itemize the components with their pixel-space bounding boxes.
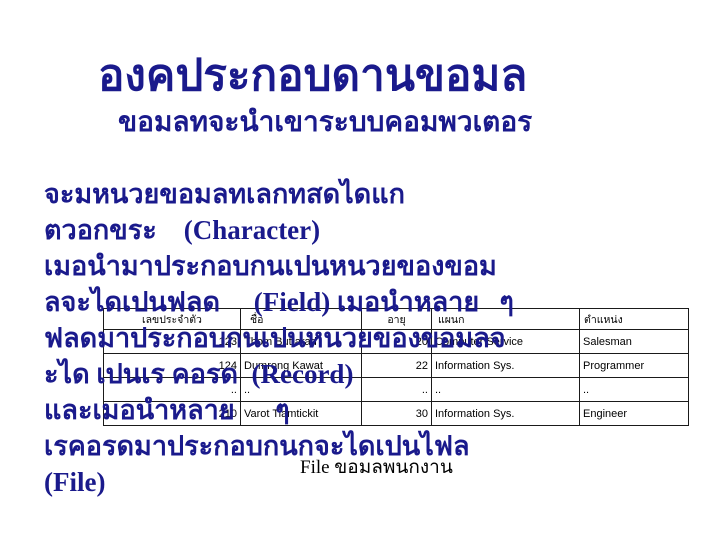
body-text-block: จะมหนวยขอมลทเลกทสดไดแก ตวอกขระ (Characte… xyxy=(44,176,704,500)
body-line: เรคอรดมาประกอบกนกจะไดเปนไฟล xyxy=(44,428,704,464)
slide-subtitle: ขอมลทจะนำเขาระบบคอมพวเตอร xyxy=(118,100,532,144)
body-line: ะได เปนเร คอรด (Record) xyxy=(44,356,704,392)
body-line: ตวอกขระ (Character) xyxy=(44,212,704,248)
body-line: และเมอนำหลาย ๆ xyxy=(44,392,704,428)
body-line: เมอนำมาประกอบกนเปนหนวยของขอม xyxy=(44,248,704,284)
body-line: ลจะไดเปนฟลด (Field) เมอนำหลาย ๆ xyxy=(44,284,704,320)
body-line: (File) xyxy=(44,464,704,500)
body-line: จะมหนวยขอมลทเลกทสดไดแก xyxy=(44,176,704,212)
presentation-slide: องคประกอบดานขอมล ขอมลทจะนำเขาระบบคอมพวเต… xyxy=(0,0,720,540)
body-line: ฟลดมาประกอบกนเปนหนวยของขอมลจ xyxy=(44,320,704,356)
